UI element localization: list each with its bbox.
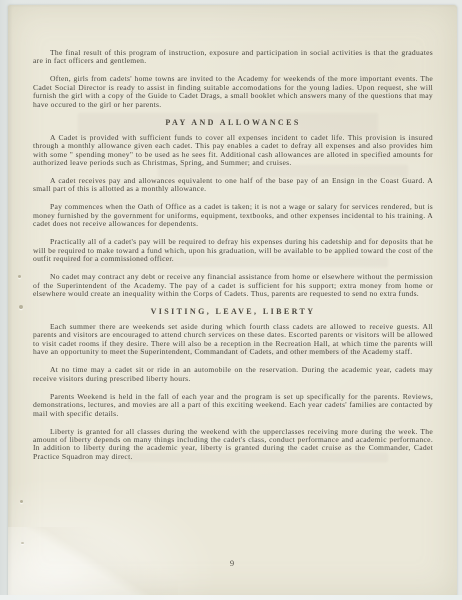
paper-speck — [19, 305, 23, 309]
paragraph-liberty-granted: Liberty is granted for all classes durin… — [33, 428, 433, 462]
paragraph-parents-weekend: Parents Weekend is held in the fall of e… — [33, 393, 433, 418]
paper-speck — [18, 275, 21, 278]
paragraph-cadet-funds: A Cadet is provided with sufficient fund… — [33, 134, 433, 168]
scanned-document: The final result of this program of inst… — [0, 0, 462, 600]
paragraph-pay-commences: Pay commences when the Oath of Office as… — [33, 203, 433, 228]
page-text: The final result of this program of inst… — [33, 49, 433, 471]
paragraph-no-debt: No cadet may contract any debt or receiv… — [33, 273, 433, 298]
paragraph-cadet-expenses: Practically all of a cadet's pay will be… — [33, 238, 433, 263]
page-number: 9 — [8, 558, 457, 568]
paragraph-girls-invited: Often, girls from cadets' home towns are… — [33, 75, 433, 109]
paragraph-summer-weekends: Each summer there are weekends set aside… — [33, 323, 433, 357]
paragraph-final-result: The final result of this program of inst… — [33, 49, 433, 66]
paper-sheet: The final result of this program of inst… — [8, 5, 457, 597]
section-heading-pay-and-allowances: PAY AND ALLOWANCES — [33, 119, 433, 127]
paper-speck — [20, 500, 23, 503]
scanner-edge — [0, 595, 462, 600]
paragraph-automobile-rule: At no time may a cadet sit or ride in an… — [33, 366, 433, 383]
section-heading-visiting-leave-liberty: VISITING, LEAVE, LIBERTY — [33, 308, 433, 316]
paper-speck — [21, 542, 24, 544]
paragraph-ensign-pay: A cadet receives pay and allowances equi… — [33, 177, 433, 194]
